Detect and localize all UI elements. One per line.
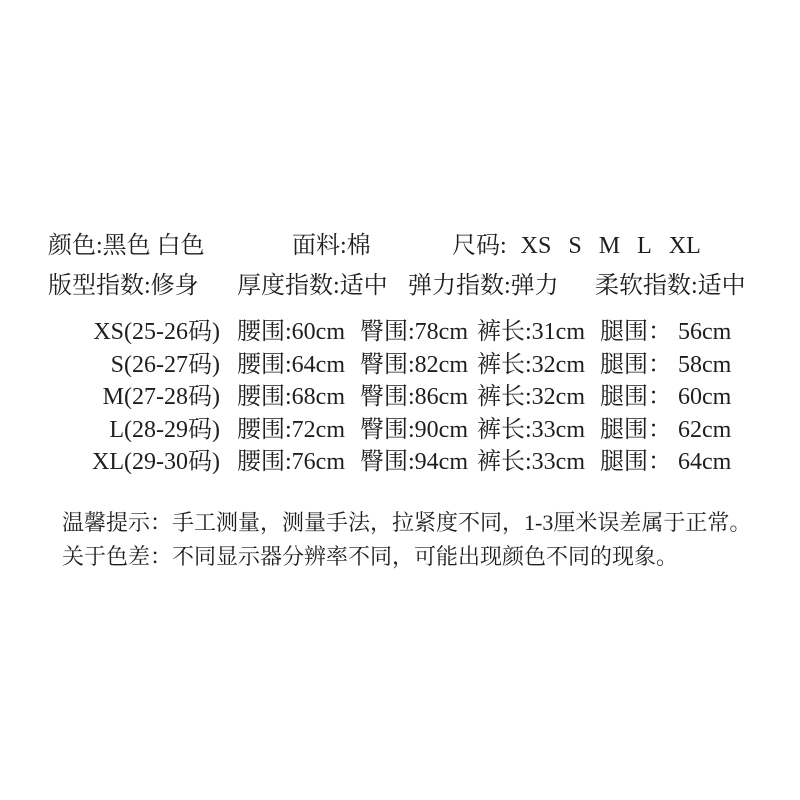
size-table-row: XL(29-30码) 腰围:76cm 臀围:94cm 裤长:33cm 腿围： 6… xyxy=(48,446,720,479)
waist-cell: 腰围:60cm xyxy=(237,316,343,349)
size-options-row: 尺码: XS S M L XL xyxy=(452,232,701,260)
size-cell: XL(29-30码) xyxy=(48,446,220,479)
elasticity-index-attribute: 弹力指数:弹力 xyxy=(408,272,559,300)
size-options-label: 尺码: xyxy=(452,232,507,260)
thigh-cell: 腿围： 60cm xyxy=(600,381,720,414)
size-option-l: L xyxy=(637,232,652,260)
length-cell: 裤长:33cm xyxy=(477,446,583,479)
size-cell: L(28-29码) xyxy=(48,414,220,447)
size-table-row: S(26-27码) 腰围:64cm 臀围:82cm 裤长:32cm 腿围： 58… xyxy=(48,349,720,382)
waist-cell: 腰围:72cm xyxy=(237,414,343,447)
waist-cell: 腰围:64cm xyxy=(237,349,343,382)
hip-cell: 臀围:78cm xyxy=(360,316,460,349)
size-option-m: M xyxy=(599,232,620,260)
waist-cell: 腰围:68cm xyxy=(237,381,343,414)
fabric-attribute: 面料:棉 xyxy=(292,232,371,260)
thickness-index-attribute: 厚度指数:适中 xyxy=(237,272,388,300)
size-cell: S(26-27码) xyxy=(48,349,220,382)
hip-cell: 臀围:94cm xyxy=(360,446,460,479)
measurement-note: 温馨提示：手工测量，测量手法，拉紧度不同，1-3厘米误差属于正常。 xyxy=(62,510,751,536)
size-option-s: S xyxy=(568,232,581,260)
hip-cell: 臀围:90cm xyxy=(360,414,460,447)
thigh-cell: 腿围： 64cm xyxy=(600,446,720,479)
size-table-row: M(27-28码) 腰围:68cm 臀围:86cm 裤长:32cm 腿围： 60… xyxy=(48,381,720,414)
product-spec-sheet: 颜色:黑色 白色 面料:棉 尺码: XS S M L XL 版型指数:修身 厚度… xyxy=(0,0,800,800)
hip-cell: 臀围:86cm xyxy=(360,381,460,414)
thigh-cell: 腿围： 56cm xyxy=(600,316,720,349)
size-table: XS(25-26码) 腰围:60cm 臀围:78cm 裤长:31cm 腿围： 5… xyxy=(48,316,720,479)
thigh-cell: 腿围： 58cm xyxy=(600,349,720,382)
size-cell: XS(25-26码) xyxy=(48,316,220,349)
size-table-row: XS(25-26码) 腰围:60cm 臀围:78cm 裤长:31cm 腿围： 5… xyxy=(48,316,720,349)
size-option-xs: XS xyxy=(521,232,552,260)
color-attribute: 颜色:黑色 白色 xyxy=(48,232,205,260)
length-cell: 裤长:32cm xyxy=(477,349,583,382)
length-cell: 裤长:33cm xyxy=(477,414,583,447)
fit-index-attribute: 版型指数:修身 xyxy=(48,272,199,300)
length-cell: 裤长:32cm xyxy=(477,381,583,414)
length-cell: 裤长:31cm xyxy=(477,316,583,349)
color-difference-note: 关于色差：不同显示器分辨率不同，可能出现颜色不同的现象。 xyxy=(62,544,678,570)
thigh-cell: 腿围： 62cm xyxy=(600,414,720,447)
size-table-row: L(28-29码) 腰围:72cm 臀围:90cm 裤长:33cm 腿围： 62… xyxy=(48,414,720,447)
size-cell: M(27-28码) xyxy=(48,381,220,414)
hip-cell: 臀围:82cm xyxy=(360,349,460,382)
size-option-xl: XL xyxy=(669,232,701,260)
softness-index-attribute: 柔软指数:适中 xyxy=(595,272,746,300)
waist-cell: 腰围:76cm xyxy=(237,446,343,479)
